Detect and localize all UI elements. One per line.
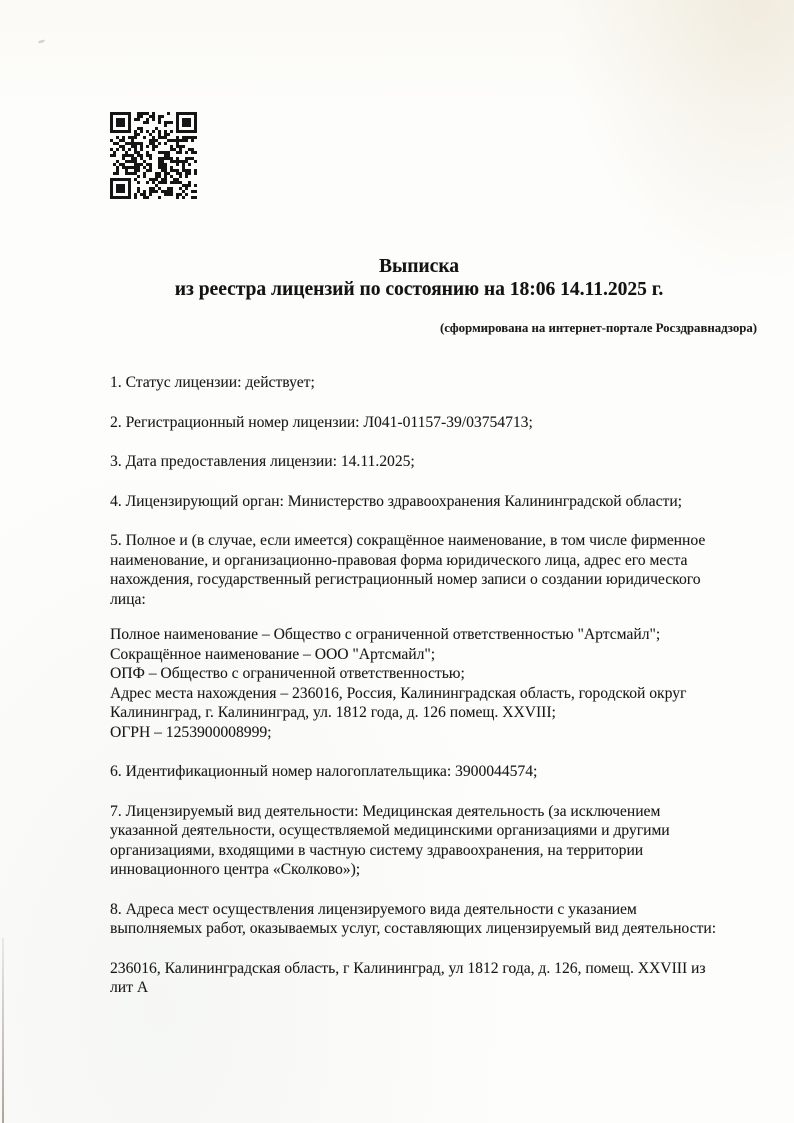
org-full-name: Полное наименование – Общество с огранич… <box>110 625 728 645</box>
org-address: Адрес места нахождения – 236016, Россия,… <box>110 684 728 723</box>
org-ogrn: ОГРН – 1253900008999; <box>110 723 728 743</box>
document-body: 1. Статус лицензии: действует; 2. Регист… <box>110 373 728 1018</box>
scan-edge-artifact <box>2 938 4 1123</box>
item-registration-number: 2. Регистрационный номер лицензии: Л041-… <box>110 413 728 433</box>
qr-code-icon <box>110 112 197 199</box>
title-line-2: из реестра лицензий по состоянию на 18:0… <box>108 278 730 301</box>
formed-note: (сформирована на интернет-портале Росздр… <box>440 321 757 336</box>
document-page: Выписка из реестра лицензий по состоянию… <box>0 0 794 1123</box>
document-title: Выписка из реестра лицензий по состоянию… <box>108 255 730 301</box>
org-short-name: Сокращённое наименование – ООО "Артсмайл… <box>110 645 728 665</box>
item-org-heading: 5. Полное и (в случае, если имеется) сок… <box>110 531 728 609</box>
item-addresses-heading: 8. Адреса мест осуществления лицензируем… <box>110 900 728 939</box>
item-licensing-authority: 4. Лицензирующий орган: Министерство здр… <box>110 492 728 512</box>
item-activity-type: 7. Лицензируемый вид деятельности: Медиц… <box>110 802 728 880</box>
title-line-1: Выписка <box>108 255 730 278</box>
scan-speck <box>38 39 46 44</box>
item-license-status: 1. Статус лицензии: действует; <box>110 373 728 393</box>
item-grant-date: 3. Дата предоставления лицензии: 14.11.2… <box>110 452 728 472</box>
org-opf: ОПФ – Общество с ограниченной ответствен… <box>110 664 728 684</box>
activity-address: 236016, Калининградская область, г Калин… <box>110 959 728 998</box>
item-inn: 6. Идентификационный номер налогоплатель… <box>110 762 728 782</box>
